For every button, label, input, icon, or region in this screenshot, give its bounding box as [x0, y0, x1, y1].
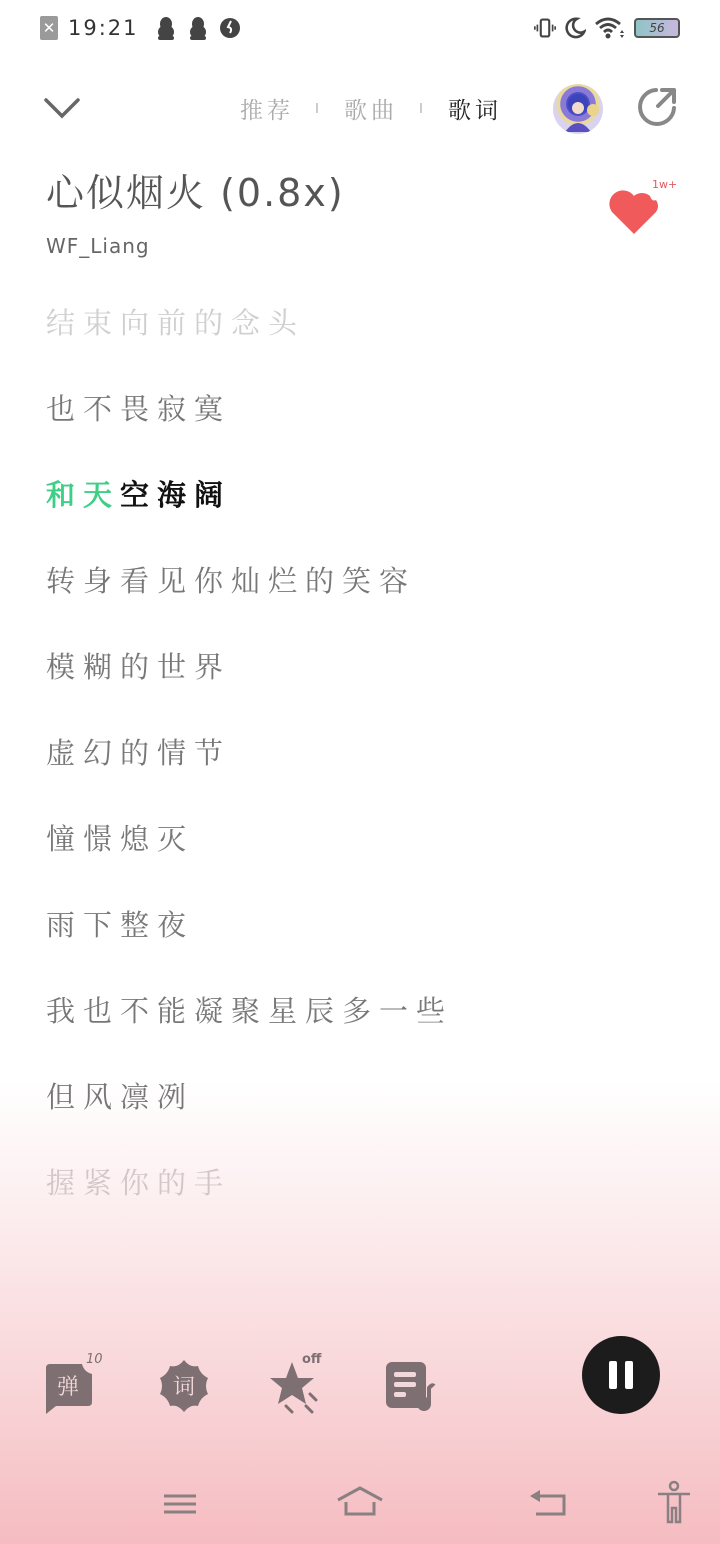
menu-button[interactable] — [156, 1478, 204, 1526]
lyric-line[interactable]: 结束向前的念头 — [46, 300, 686, 386]
accessibility-button[interactable] — [652, 1478, 700, 1526]
svg-text:词: 词 — [173, 1375, 195, 1400]
lyric-line-current[interactable]: 和天空海阔 — [46, 472, 686, 558]
playlist-music-icon — [382, 1358, 438, 1414]
no-sim-icon: ✕ — [40, 16, 58, 40]
back-button[interactable] — [526, 1478, 574, 1526]
tab-divider — [420, 103, 422, 113]
system-nav-bar — [0, 1470, 720, 1534]
lyrics-controls: 弹 10 词 off — [0, 1350, 720, 1430]
pause-button[interactable] — [582, 1336, 660, 1414]
like-count: 1w+ — [652, 178, 677, 191]
danmaku-count-badge: 10 — [86, 1352, 103, 1367]
do-not-disturb-moon-icon — [564, 16, 586, 40]
battery-level: 56 — [649, 21, 664, 35]
tab-lyrics[interactable]: 歌词 — [448, 92, 502, 125]
effect-star-button[interactable]: off — [266, 1358, 322, 1414]
lyric-line[interactable]: 也不畏寂寞 — [46, 386, 686, 472]
user-avatar[interactable] — [553, 84, 603, 134]
collapse-player-button[interactable] — [42, 90, 82, 124]
lyrics-style-button[interactable]: 词 — [156, 1358, 212, 1414]
home-button[interactable] — [336, 1478, 384, 1526]
lyric-line[interactable]: 模糊的世界 — [46, 644, 686, 730]
wifi-icon — [594, 16, 626, 40]
lyric-sung-part: 和天 — [46, 478, 120, 512]
player-header: 推荐 歌曲 歌词 — [0, 76, 720, 140]
qq-icon — [187, 16, 209, 40]
lyric-unsung-part: 空海阔 — [120, 478, 231, 512]
playlist-button[interactable] — [382, 1358, 438, 1414]
pause-icon — [609, 1361, 617, 1389]
lyric-line[interactable]: 雨下整夜 — [46, 902, 686, 988]
lyric-line[interactable]: 我也不能凝聚星辰多一些 — [46, 988, 686, 1074]
status-time: 19:21 — [68, 16, 139, 40]
home-icon — [336, 1478, 384, 1526]
danmaku-button[interactable]: 弹 10 — [42, 1358, 98, 1414]
vibrate-icon — [534, 16, 556, 40]
lyrics-style-flower-icon: 词 — [156, 1358, 212, 1414]
tab-song[interactable]: 歌曲 — [344, 92, 398, 125]
menu-icon — [156, 1478, 204, 1526]
heart-icon — [604, 182, 664, 242]
status-bar: ✕ 19:21 56 — [0, 0, 720, 56]
pause-icon — [625, 1361, 633, 1389]
lyric-line[interactable]: 但风凛冽 — [46, 1074, 686, 1160]
tab-divider — [316, 103, 318, 113]
lyric-line[interactable]: 转身看见你灿烂的笑容 — [46, 558, 686, 644]
lyric-line[interactable]: 虚幻的情节 — [46, 730, 686, 816]
artist-name[interactable]: WF_Liang — [46, 234, 150, 258]
tab-recommend[interactable]: 推荐 — [240, 92, 294, 125]
lyric-line[interactable]: 握紧你的手 — [46, 1160, 686, 1246]
back-icon — [526, 1478, 574, 1526]
player-tabs: 推荐 歌曲 歌词 — [240, 92, 502, 124]
song-title: 心似烟火 (0.8x) — [46, 162, 345, 217]
accessibility-icon — [652, 1478, 700, 1526]
lyrics-list[interactable]: 结束向前的念头 也不畏寂寞 和天空海阔 转身看见你灿烂的笑容 模糊的世界 虚幻的… — [46, 300, 686, 1246]
music-app-icon — [219, 16, 241, 40]
effect-off-badge: off — [302, 1352, 321, 1367]
share-external-button[interactable] — [636, 86, 678, 128]
battery-icon: 56 — [634, 18, 680, 38]
lyric-line[interactable]: 憧憬熄灭 — [46, 816, 686, 902]
qq-icon — [155, 16, 177, 40]
svg-text:弹: 弹 — [57, 1375, 79, 1400]
